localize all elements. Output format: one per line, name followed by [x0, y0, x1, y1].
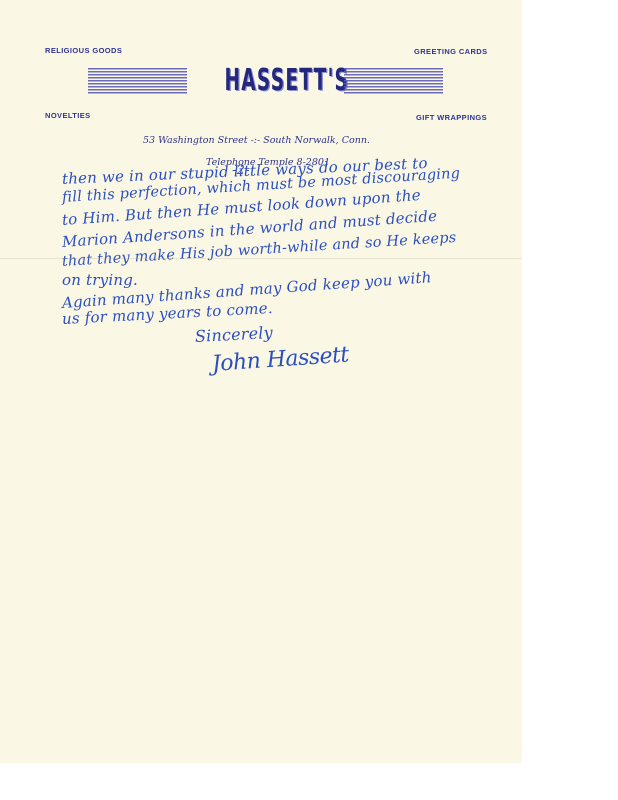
letterhead-address: 53 Washington Street -:- South Norwalk, …: [143, 135, 370, 146]
letter-paper: RELIGIOUS GOODS GREETING CARDS HASSETT'S…: [0, 0, 522, 763]
letterhead-stripes-left: [88, 68, 187, 95]
letter-line-6: on trying.: [62, 271, 138, 289]
letterhead-greeting-cards: GREETING CARDS: [414, 47, 488, 56]
letterhead-stripes-right: [344, 68, 443, 95]
letterhead-brand: HASSETT'S: [224, 64, 307, 98]
signature: John Hassett: [211, 342, 349, 376]
paper-fold-line: [0, 258, 522, 259]
letterhead-gift-wrappings: GIFT WRAPPINGS: [416, 113, 487, 122]
closing: Sincerely: [195, 323, 274, 346]
letterhead-novelties: NOVELTIES: [45, 111, 91, 120]
letterhead-religious-goods: RELIGIOUS GOODS: [45, 46, 122, 55]
